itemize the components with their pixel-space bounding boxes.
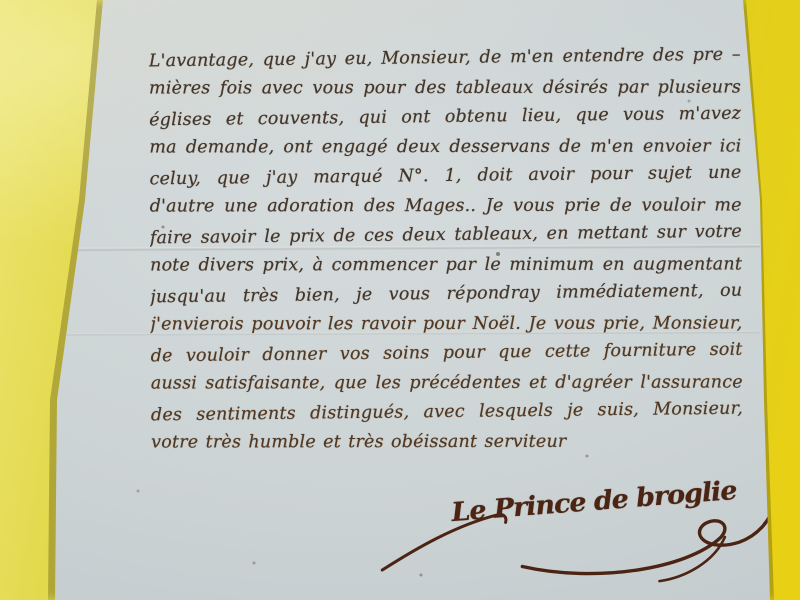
letter-line: des sentiments distingués, avec lesquels…: [151, 395, 743, 431]
signature-flourish: [369, 454, 788, 600]
letter-paper: L'avantage, que j'ay eu, Monsieur, de m'…: [0, 0, 800, 600]
letter-line: celuy, que j'ay marqué N°. 1, doit avoir…: [149, 159, 741, 195]
letter-line: aussi satisfaisante, que les précédentes…: [151, 368, 743, 399]
letter-line: églises et couvents, qui ont obtenu lieu…: [149, 100, 741, 136]
letter-body: L'avantage, que j'ay eu, Monsieur, de m'…: [149, 42, 744, 459]
fold-mark: [77, 0, 149, 29]
letter-line: faire savoir le prix de ces deux tableau…: [150, 218, 742, 254]
letter-line: de vouloir donner vos soins pour que cet…: [150, 336, 742, 372]
letter-line: note divers prix, à commencer par le min…: [150, 250, 742, 281]
letter-line: ma demande, ont engagé deux desservans d…: [149, 132, 741, 163]
letter-line: L'avantage, que j'ay eu, Monsieur, de m'…: [149, 41, 741, 77]
photo-background: L'avantage, que j'ay eu, Monsieur, de m'…: [0, 0, 800, 600]
letter-line: mières fois avec vous pour des tableaux …: [149, 73, 741, 104]
letter-line: j'envierois pouvoir les ravoir pour Noël…: [150, 309, 742, 340]
letter-line: jusqu'au très bien, je vous répondray im…: [150, 277, 742, 313]
signature-block: Le Prince de broglie: [369, 454, 788, 600]
letter-line: d'autre une adoration des Mages.. Je vou…: [150, 191, 742, 222]
letter-line: votre très humble et très obéissant serv…: [151, 427, 743, 458]
